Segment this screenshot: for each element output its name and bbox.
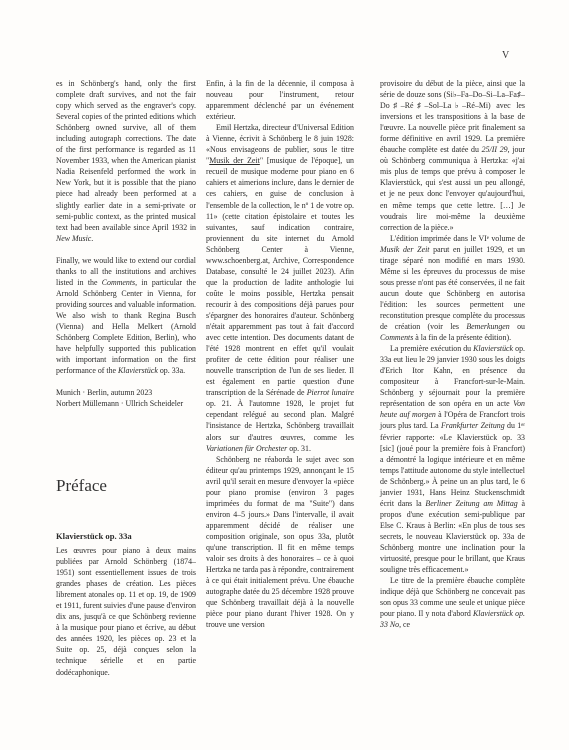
preface-paragraph: provisoire du début de la pièce, ainsi q… xyxy=(380,78,525,233)
italic-text: Musik der Zeit xyxy=(380,245,429,254)
page-number: V xyxy=(502,50,509,61)
text: à propos d'une exécution semi-publique p… xyxy=(380,499,525,574)
italic-text: Klavierstück xyxy=(118,366,158,375)
text: provisoire du début de la pièce, ainsi q… xyxy=(380,79,525,154)
text: La première exécution du xyxy=(390,344,473,353)
text: op. 33a eut lieu le 29 janvier 1930 sous… xyxy=(380,344,525,408)
preface-paragraph: L'édition imprimée dans le VIᵉ volume de… xyxy=(380,233,525,343)
text: du 1ᵉʳ février rapporte: «Le Klavierstüc… xyxy=(380,421,525,507)
text: . xyxy=(91,234,93,243)
italic-text: Berliner Zeitung am Mittag xyxy=(425,499,517,508)
text: à la fin de la présente édition). xyxy=(413,333,511,342)
text: es in Schönberg's hand, only the first c… xyxy=(56,79,196,232)
text: op. 33a. xyxy=(158,366,185,375)
italic-text: Klavierstück xyxy=(473,344,513,353)
preface-paragraph: Le titre de la première ébauche complète… xyxy=(380,575,525,630)
text: " [musique de l'époque], un recueil de m… xyxy=(206,156,354,397)
section-heading: Préface xyxy=(56,476,107,496)
text: op. 31. xyxy=(287,444,311,453)
subheading: Klavierstück op. 33a xyxy=(56,531,132,541)
italic-text: New Music xyxy=(56,234,91,243)
preface-paragraph: Emil Hertzka, directeur d'Universal Edit… xyxy=(206,122,354,453)
place-date: Munich · Berlin, autumn 2023 xyxy=(56,387,196,398)
text: , in particular the Arnold Schönberg Cen… xyxy=(56,278,196,375)
text: parut en juillet 1929, et un tirage sépa… xyxy=(380,245,525,331)
preface-column-2: Enfin, à la fin de la décennie, il compo… xyxy=(206,78,354,630)
italic-text: Pierrot lunaire xyxy=(307,388,354,397)
underlined-title: Musik der Zeit xyxy=(209,156,260,165)
italic-text: Comments xyxy=(102,278,135,287)
text: L'édition imprimée dans le VIᵉ volume de xyxy=(390,234,525,243)
preface-paragraph: Schönberg ne réaborda le sujet avec son … xyxy=(206,454,354,631)
italic-text: Frankfurter Zeitung xyxy=(441,421,505,430)
text: op. 21. À l'automne 1928, le projet fut … xyxy=(206,399,354,441)
preface-column-1: Les œuvres pour piano à deux mains publi… xyxy=(56,545,196,678)
text: ou xyxy=(510,322,525,331)
english-column: es in Schönberg's hand, only the first c… xyxy=(56,78,196,409)
authors: Norbert Müllemann · Ullrich Scheideler xyxy=(56,398,196,409)
preface-paragraph: Enfin, à la fin de la décennie, il compo… xyxy=(206,78,354,122)
italic-text: 25/II 29 xyxy=(482,145,508,154)
italic-text: Bemerkungen xyxy=(466,322,509,331)
english-paragraph-1: es in Schönberg's hand, only the first c… xyxy=(56,78,196,244)
italic-text: Variationen für Orchester xyxy=(206,444,287,453)
preface-paragraph: La première exécution du Klavierstück op… xyxy=(380,343,525,575)
preface-column-3: provisoire du début de la pièce, ainsi q… xyxy=(380,78,525,630)
text: , jour où Schönberg communiqua à Hertzka… xyxy=(380,145,525,231)
text: , ce xyxy=(399,620,410,629)
preface-paragraph: Les œuvres pour piano à deux mains publi… xyxy=(56,545,196,678)
italic-text: Comments xyxy=(380,333,413,342)
english-paragraph-2: Finally, we would like to extend our cor… xyxy=(56,255,196,377)
